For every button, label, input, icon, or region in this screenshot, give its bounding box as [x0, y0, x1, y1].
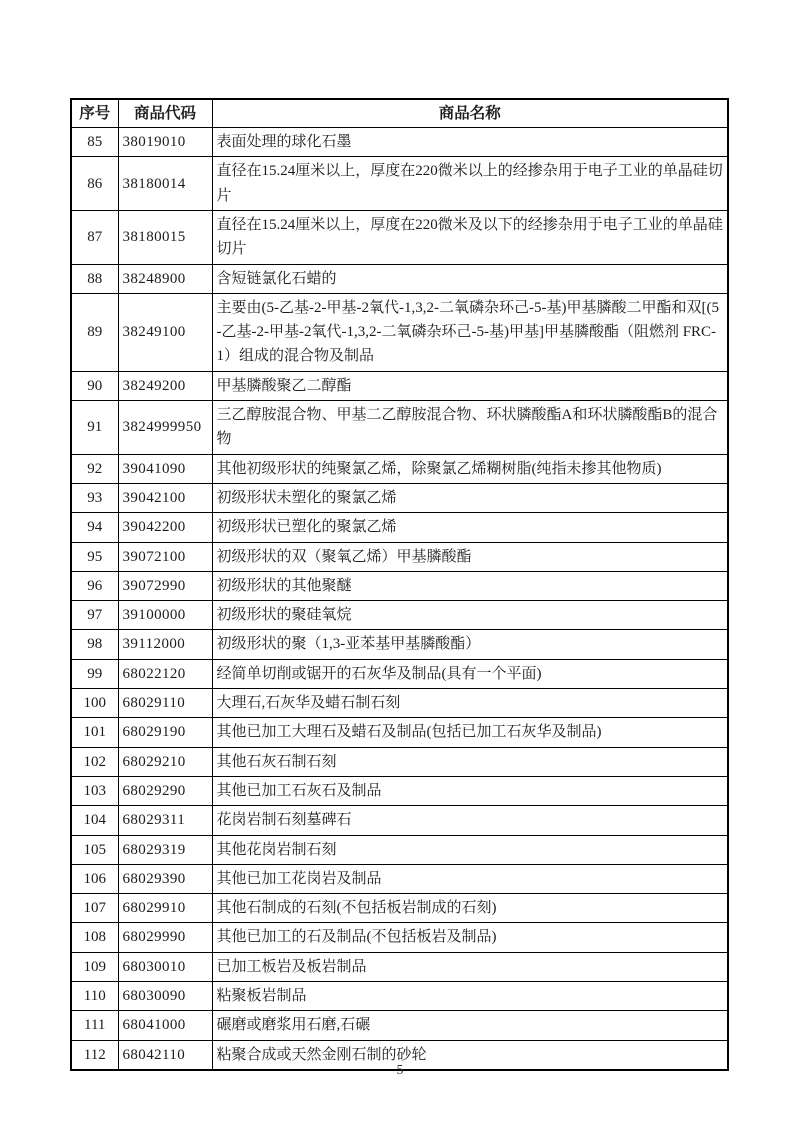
cell-commodity-name: 其他已加工花岗岩及制品: [212, 864, 728, 893]
cell-commodity-name: 直径在15.24厘米以上，厚度在220微米以上的经掺杂用于电子工业的单晶硅切片: [212, 157, 728, 211]
cell-commodity-code: 68022120: [118, 659, 212, 688]
cell-commodity-code: 38249200: [118, 371, 212, 400]
table-row: 11168041000碾磨或磨浆用石磨,石碾: [71, 1011, 728, 1040]
cell-commodity-name: 大理石,石灰华及蜡石制石刻: [212, 689, 728, 718]
cell-commodity-name: 主要由(5-乙基-2-甲基-2氧代-1,3,2-二氧磷杂环己-5-基)甲基膦酸二…: [212, 293, 728, 371]
cell-commodity-name: 粘聚板岩制品: [212, 982, 728, 1011]
cell-commodity-code: 3824999950: [118, 401, 212, 455]
table-row: 9739100000初级形状的聚硅氧烷: [71, 601, 728, 630]
table-row: 10668029390其他已加工花岗岩及制品: [71, 864, 728, 893]
cell-serial-number: 99: [71, 659, 118, 688]
table-row: 9239041090其他初级形状的纯聚氯乙烯，除聚氯乙烯糊树脂(纯指未掺其他物质…: [71, 454, 728, 483]
cell-serial-number: 94: [71, 513, 118, 542]
goods-table: 序号 商品代码 商品名称 8538019010表面处理的球化石墨86381800…: [70, 98, 729, 1071]
cell-serial-number: 106: [71, 864, 118, 893]
cell-serial-number: 85: [71, 128, 118, 157]
cell-commodity-name: 初级形状的其他聚醚: [212, 571, 728, 600]
cell-commodity-name: 碾磨或磨浆用石磨,石碾: [212, 1011, 728, 1040]
cell-commodity-code: 39042200: [118, 513, 212, 542]
cell-commodity-name: 表面处理的球化石墨: [212, 128, 728, 157]
table-row: 9839112000初级形状的聚（1,3-亚苯基甲基膦酸酯）: [71, 630, 728, 659]
cell-serial-number: 109: [71, 952, 118, 981]
table-header: 序号 商品代码 商品名称: [71, 99, 728, 128]
cell-serial-number: 105: [71, 835, 118, 864]
cell-commodity-name: 初级形状的聚（1,3-亚苯基甲基膦酸酯）: [212, 630, 728, 659]
cell-serial-number: 88: [71, 264, 118, 293]
cell-commodity-name: 经简单切削或锯开的石灰华及制品(具有一个平面): [212, 659, 728, 688]
cell-commodity-code: 39072100: [118, 542, 212, 571]
cell-commodity-code: 68029319: [118, 835, 212, 864]
cell-commodity-code: 68029190: [118, 718, 212, 747]
cell-commodity-code: 68029910: [118, 894, 212, 923]
cell-commodity-code: 38180014: [118, 157, 212, 211]
cell-commodity-name: 直径在15.24厘米以上，厚度在220微米及以下的经掺杂用于电子工业的单晶硅切片: [212, 211, 728, 265]
cell-commodity-name: 其他已加工石灰石及制品: [212, 776, 728, 805]
cell-commodity-name: 初级形状未塑化的聚氯乙烯: [212, 483, 728, 512]
cell-commodity-name: 初级形状的双（聚氧乙烯）甲基膦酸酯: [212, 542, 728, 571]
cell-commodity-code: 68029390: [118, 864, 212, 893]
header-commodity-code: 商品代码: [118, 99, 212, 128]
table-row: 8738180015直径在15.24厘米以上，厚度在220微米及以下的经掺杂用于…: [71, 211, 728, 265]
cell-serial-number: 102: [71, 747, 118, 776]
cell-commodity-code: 68029210: [118, 747, 212, 776]
cell-serial-number: 86: [71, 157, 118, 211]
table-row: 8638180014直径在15.24厘米以上，厚度在220微米以上的经掺杂用于电…: [71, 157, 728, 211]
cell-serial-number: 95: [71, 542, 118, 571]
table-row: 10468029311花岗岩制石刻墓碑石: [71, 806, 728, 835]
cell-serial-number: 97: [71, 601, 118, 630]
cell-serial-number: 90: [71, 371, 118, 400]
table-row: 9968022120经简单切削或锯开的石灰华及制品(具有一个平面): [71, 659, 728, 688]
cell-commodity-name: 花岗岩制石刻墓碑石: [212, 806, 728, 835]
cell-serial-number: 104: [71, 806, 118, 835]
cell-commodity-code: 38248900: [118, 264, 212, 293]
cell-serial-number: 96: [71, 571, 118, 600]
cell-serial-number: 108: [71, 923, 118, 952]
cell-commodity-name: 其他石灰石制石刻: [212, 747, 728, 776]
cell-commodity-name: 其他已加工大理石及蜡石及制品(包括已加工石灰华及制品): [212, 718, 728, 747]
cell-commodity-code: 39041090: [118, 454, 212, 483]
cell-serial-number: 89: [71, 293, 118, 371]
cell-serial-number: 110: [71, 982, 118, 1011]
cell-serial-number: 107: [71, 894, 118, 923]
table-row: 9539072100初级形状的双（聚氧乙烯）甲基膦酸酯: [71, 542, 728, 571]
cell-commodity-code: 38180015: [118, 211, 212, 265]
cell-commodity-name: 已加工板岩及板岩制品: [212, 952, 728, 981]
cell-serial-number: 100: [71, 689, 118, 718]
table-row: 10768029910其他石制成的石刻(不包括板岩制成的石刻): [71, 894, 728, 923]
page-number: 5: [0, 1062, 800, 1078]
cell-commodity-code: 39042100: [118, 483, 212, 512]
cell-commodity-name: 其他初级形状的纯聚氯乙烯，除聚氯乙烯糊树脂(纯指未掺其他物质): [212, 454, 728, 483]
table-row: 10068029110大理石,石灰华及蜡石制石刻: [71, 689, 728, 718]
table-row: 10568029319其他花岗岩制石刻: [71, 835, 728, 864]
table-row: 8538019010表面处理的球化石墨: [71, 128, 728, 157]
table-row: 10868029990其他已加工的石及制品(不包括板岩及制品): [71, 923, 728, 952]
cell-serial-number: 103: [71, 776, 118, 805]
table-row: 10968030010已加工板岩及板岩制品: [71, 952, 728, 981]
table-row: 9339042100初级形状未塑化的聚氯乙烯: [71, 483, 728, 512]
table-row: 8838248900含短链氯化石蜡的: [71, 264, 728, 293]
cell-commodity-code: 38249100: [118, 293, 212, 371]
table-row: 9639072990初级形状的其他聚醚: [71, 571, 728, 600]
table-row: 11068030090粘聚板岩制品: [71, 982, 728, 1011]
header-commodity-name: 商品名称: [212, 99, 728, 128]
cell-serial-number: 101: [71, 718, 118, 747]
header-serial-number: 序号: [71, 99, 118, 128]
cell-commodity-name: 其他石制成的石刻(不包括板岩制成的石刻): [212, 894, 728, 923]
table-row: 10268029210其他石灰石制石刻: [71, 747, 728, 776]
cell-commodity-name: 甲基膦酸聚乙二醇酯: [212, 371, 728, 400]
cell-commodity-code: 68029990: [118, 923, 212, 952]
cell-commodity-code: 39112000: [118, 630, 212, 659]
table-row: 8938249100主要由(5-乙基-2-甲基-2氧代-1,3,2-二氧磷杂环己…: [71, 293, 728, 371]
cell-commodity-code: 68029290: [118, 776, 212, 805]
cell-commodity-code: 68029110: [118, 689, 212, 718]
table-row: 913824999950三乙醇胺混合物、甲基二乙醇胺混合物、环状膦酸酯A和环状膦…: [71, 401, 728, 455]
cell-commodity-name: 含短链氯化石蜡的: [212, 264, 728, 293]
table-row: 9038249200甲基膦酸聚乙二醇酯: [71, 371, 728, 400]
cell-serial-number: 93: [71, 483, 118, 512]
cell-commodity-code: 39100000: [118, 601, 212, 630]
cell-commodity-code: 68030090: [118, 982, 212, 1011]
cell-commodity-name: 初级形状已塑化的聚氯乙烯: [212, 513, 728, 542]
cell-commodity-code: 38019010: [118, 128, 212, 157]
goods-table-container: 序号 商品代码 商品名称 8538019010表面处理的球化石墨86381800…: [70, 98, 727, 1071]
cell-serial-number: 98: [71, 630, 118, 659]
cell-serial-number: 92: [71, 454, 118, 483]
cell-serial-number: 111: [71, 1011, 118, 1040]
cell-commodity-name: 初级形状的聚硅氧烷: [212, 601, 728, 630]
table-row: 10168029190其他已加工大理石及蜡石及制品(包括已加工石灰华及制品): [71, 718, 728, 747]
document-page: 序号 商品代码 商品名称 8538019010表面处理的球化石墨86381800…: [0, 0, 800, 1132]
cell-commodity-name: 其他已加工的石及制品(不包括板岩及制品): [212, 923, 728, 952]
table-row: 10368029290其他已加工石灰石及制品: [71, 776, 728, 805]
table-body: 8538019010表面处理的球化石墨8638180014直径在15.24厘米以…: [71, 128, 728, 1070]
cell-commodity-code: 68041000: [118, 1011, 212, 1040]
cell-commodity-name: 其他花岗岩制石刻: [212, 835, 728, 864]
cell-commodity-code: 68029311: [118, 806, 212, 835]
cell-serial-number: 87: [71, 211, 118, 265]
table-row: 9439042200初级形状已塑化的聚氯乙烯: [71, 513, 728, 542]
cell-commodity-code: 39072990: [118, 571, 212, 600]
cell-commodity-code: 68030010: [118, 952, 212, 981]
table-header-row: 序号 商品代码 商品名称: [71, 99, 728, 128]
cell-commodity-name: 三乙醇胺混合物、甲基二乙醇胺混合物、环状膦酸酯A和环状膦酸酯B的混合物: [212, 401, 728, 455]
cell-serial-number: 91: [71, 401, 118, 455]
